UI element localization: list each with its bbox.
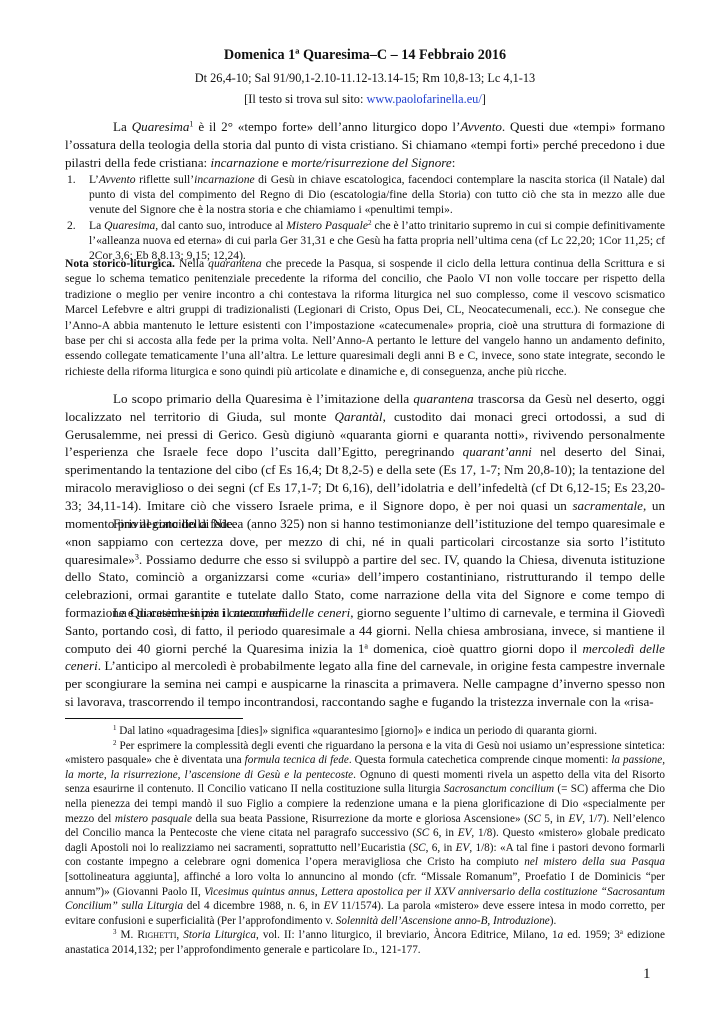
text: , 6, in <box>426 842 456 854</box>
text: , dal canto suo, introduce al <box>155 219 286 232</box>
italic-term: Quaresima <box>104 219 155 232</box>
italic-term: Sacrosanctum concilium <box>444 783 554 795</box>
italic-term: mistero pasquale <box>115 813 192 825</box>
italic-term: quarantena <box>413 391 473 406</box>
text: L’ <box>89 173 99 186</box>
readings-references: Dt 26,4-10; Sal 91/90,1-2.10-11.12-13.14… <box>65 70 665 86</box>
footnote-1: 1 Dal latino «quadragesima [dies]» signi… <box>65 724 665 739</box>
italic-term: SC <box>413 842 426 854</box>
text: riflette sull’ <box>136 173 195 186</box>
page-number: 1 <box>643 966 651 983</box>
text: della sua beata Passione, Risurrezione d… <box>192 813 528 825</box>
italic-term: Qarantàl <box>335 409 383 424</box>
note-label: Nota storico-liturgica. <box>65 257 175 270</box>
italic-term: incarnazione <box>194 173 255 186</box>
text: La Quaresima inizia il <box>113 605 233 620</box>
italic-term: EV <box>456 842 470 854</box>
list-number: 1. <box>67 172 76 187</box>
intro-paragraph: La Quaresima1 è il 2° «tempo forte» dell… <box>65 118 665 171</box>
italic-term: sacramentale <box>572 498 643 513</box>
text: Dal latino «quadragesima [dies]» signifi… <box>116 725 597 737</box>
text: : <box>452 155 456 170</box>
text: . Questa formula catechetica comprende c… <box>349 754 612 766</box>
italic-term: quarant’anni <box>463 444 532 459</box>
text: M. <box>116 929 137 941</box>
site-reference: [Il testo si trova sul sito: www.paolofa… <box>65 91 665 107</box>
italic-term: Avvento <box>99 173 136 186</box>
site-link[interactable]: www.paolofarinella.eu/ <box>366 92 481 106</box>
site-suffix: ] <box>482 92 486 106</box>
italic-term: SC <box>416 827 429 839</box>
text: che precede la Pasqua, si sospende il ci… <box>65 257 665 378</box>
footnote-separator <box>65 718 243 719</box>
footnote-3: 3 M. Righetti, Storia Liturgica, vol. II… <box>65 928 665 957</box>
italic-term: SC <box>528 813 541 825</box>
author-name: Righetti <box>137 929 176 941</box>
site-prefix: [Il testo si trova sul sito: <box>244 92 366 106</box>
italic-term: quarantena <box>208 257 261 270</box>
footnote-2: 2 Per esprimere la complessità degli eve… <box>65 739 665 929</box>
italic-term: EV <box>569 813 583 825</box>
italic-term: EV <box>458 827 472 839</box>
list-number: 2. <box>67 218 76 233</box>
italic-term: nel mistero della sua Pasqua <box>524 856 665 868</box>
text: 6, in <box>429 827 458 839</box>
text: Lo scopo primario della Quaresima è l’im… <box>113 391 413 406</box>
text: La <box>113 119 132 134</box>
text: del 4 dicembre 1988, n. 6, in <box>183 900 324 912</box>
italic-term: formula tecnica di fede <box>245 754 349 766</box>
italic-term: Mistero Pasquale <box>286 219 368 232</box>
italic-term: Avvento <box>460 119 501 134</box>
text: 5, in <box>541 813 569 825</box>
italic-term: morte/risurrezione del Signore <box>291 155 452 170</box>
ibid-abbrev: Id <box>363 944 373 956</box>
italic-term: Solennità dell’Ascensione anno-B, Introd… <box>336 915 550 927</box>
text: , vol. II: l’anno liturgico, il breviari… <box>256 929 558 941</box>
text: e <box>279 155 291 170</box>
text: ). <box>550 915 557 927</box>
footnotes: 1 Dal latino «quadragesima [dies]» signi… <box>65 724 665 958</box>
page-title: Domenica 1ª Quaresima–C – 14 Febbraio 20… <box>65 46 665 64</box>
text: La <box>89 219 104 232</box>
text: ., 121-177. <box>372 944 420 956</box>
text: Nella <box>175 257 208 270</box>
list-item: 1.L’Avvento riflette sull’incarnazione d… <box>65 172 665 218</box>
italic-term: incarnazione <box>210 155 278 170</box>
text: ed. 1959; 3 <box>563 929 620 941</box>
inizio-paragraph: La Quaresima inizia il mercoledì delle c… <box>65 604 665 711</box>
italic-term: Storia Liturgica <box>183 929 256 941</box>
text: domenica, cioè quattro giorni dopo il <box>368 641 582 656</box>
italic-term: mercoledì delle ceneri, <box>233 605 353 620</box>
scopo-paragraph: Lo scopo primario della Quaresima è l’im… <box>65 390 665 532</box>
italic-term: Quaresima <box>132 119 190 134</box>
italic-term: EV <box>324 900 338 912</box>
text: . L’anticipo al mercoledì è probabilment… <box>65 658 665 709</box>
text: è il 2° «tempo forte» dell’anno liturgic… <box>193 119 460 134</box>
numbered-list: 1.L’Avvento riflette sull’incarnazione d… <box>65 172 665 263</box>
nota-storico-liturgica: Nota storico-liturgica. Nella quarantena… <box>65 256 665 379</box>
